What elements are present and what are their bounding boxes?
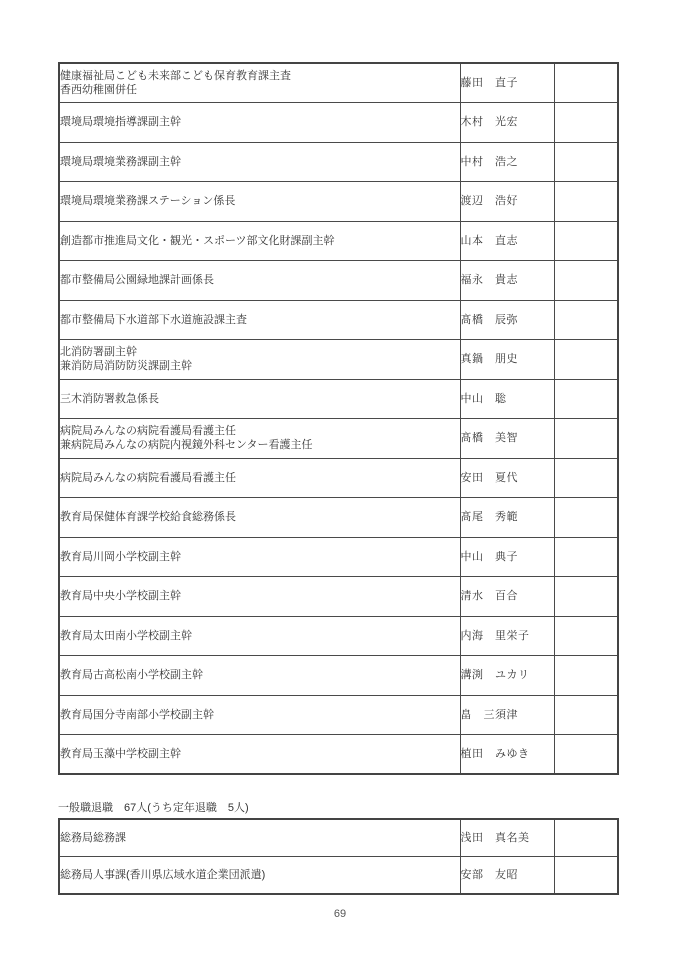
table-row: 総務局人事課(香川県広域水道企業団派遣) 安部 友昭 (59, 857, 618, 895)
position-cell: 環境局環境指導課副主幹 (59, 103, 460, 143)
remarks-cell (554, 340, 618, 380)
name-cell: 溝渕 ユカリ (460, 656, 554, 696)
remarks-cell (554, 577, 618, 617)
general-retirement-section-heading: 一般職退職 67人(うち定年退職 5人) (58, 801, 249, 815)
remarks-cell (554, 616, 618, 656)
table-row: 北消防署副主幹 兼消防局消防防災課副主幹 真鍋 朋史 (59, 340, 618, 380)
remarks-cell (554, 221, 618, 261)
position-cell: 教育局古高松南小学校副主幹 (59, 656, 460, 696)
name-cell: 真鍋 朋史 (460, 340, 554, 380)
remarks-cell (554, 498, 618, 538)
name-cell: 髙橋 美智 (460, 419, 554, 459)
name-cell: 藤田 直子 (460, 63, 554, 103)
position-cell: 北消防署副主幹 兼消防局消防防災課副主幹 (59, 340, 460, 380)
position-cell: 環境局環境業務課副主幹 (59, 142, 460, 182)
position-cell: 教育局太田南小学校副主幹 (59, 616, 460, 656)
table-row: 教育局保健体育課学校給食総務係長 髙尾 秀範 (59, 498, 618, 538)
name-cell: 内海 里栄子 (460, 616, 554, 656)
remarks-cell (554, 182, 618, 222)
table-row: 病院局みんなの病院看護局看護主任 兼病院局みんなの病院内視鏡外科センター看護主任… (59, 419, 618, 459)
remarks-cell (554, 300, 618, 340)
name-cell: 中山 典子 (460, 537, 554, 577)
table-row: 環境局環境業務課副主幹 中村 浩之 (59, 142, 618, 182)
name-cell: 中山 聡 (460, 379, 554, 419)
table-row: 教育局国分寺南部小学校副主幹 畠 三須津 (59, 695, 618, 735)
table-row: 教育局中央小学校副主幹 清水 百合 (59, 577, 618, 617)
table-row: 創造都市推進局文化・観光・スポーツ部文化財課副主幹 山本 直志 (59, 221, 618, 261)
name-cell: 木村 光宏 (460, 103, 554, 143)
remarks-cell (554, 695, 618, 735)
table-row: 都市整備局下水道部下水道施設課主査 髙橋 辰弥 (59, 300, 618, 340)
general-retirement-table-body: 総務局総務課 浅田 真名美 総務局人事課(香川県広域水道企業団派遣) 安部 友昭 (59, 819, 618, 894)
position-cell: 教育局中央小学校副主幹 (59, 577, 460, 617)
name-cell: 浅田 真名美 (460, 819, 554, 857)
position-cell: 創造都市推進局文化・観光・スポーツ部文化財課副主幹 (59, 221, 460, 261)
position-cell: 総務局総務課 (59, 819, 460, 857)
table-row: 教育局古高松南小学校副主幹 溝渕 ユカリ (59, 656, 618, 696)
table-row: 総務局総務課 浅田 真名美 (59, 819, 618, 857)
name-cell: 植田 みゆき (460, 735, 554, 775)
name-cell: 安田 夏代 (460, 458, 554, 498)
name-cell: 髙橋 辰弥 (460, 300, 554, 340)
page-number: 69 (0, 908, 680, 920)
table-row: 三木消防署救急係長 中山 聡 (59, 379, 618, 419)
document-page: 健康福祉局こども未来部こども保育教育課主査 香西幼稚園併任 藤田 直子 環境局環… (0, 0, 680, 961)
position-cell: 病院局みんなの病院看護局看護主任 兼病院局みんなの病院内視鏡外科センター看護主任 (59, 419, 460, 459)
position-cell: 教育局川岡小学校副主幹 (59, 537, 460, 577)
special-duty-retirement-table: 健康福祉局こども未来部こども保育教育課主査 香西幼稚園併任 藤田 直子 環境局環… (58, 62, 619, 775)
remarks-cell (554, 656, 618, 696)
remarks-cell (554, 142, 618, 182)
special-duty-retirement-table-body: 健康福祉局こども未来部こども保育教育課主査 香西幼稚園併任 藤田 直子 環境局環… (59, 63, 618, 774)
remarks-cell (554, 103, 618, 143)
remarks-cell (554, 261, 618, 301)
position-cell: 健康福祉局こども未来部こども保育教育課主査 香西幼稚園併任 (59, 63, 460, 103)
remarks-cell (554, 735, 618, 775)
table-row: 健康福祉局こども未来部こども保育教育課主査 香西幼稚園併任 藤田 直子 (59, 63, 618, 103)
table-row: 病院局みんなの病院看護局看護主任 安田 夏代 (59, 458, 618, 498)
position-cell: 教育局保健体育課学校給食総務係長 (59, 498, 460, 538)
remarks-cell (554, 857, 618, 895)
remarks-cell (554, 379, 618, 419)
remarks-cell (554, 419, 618, 459)
position-cell: 都市整備局下水道部下水道施設課主査 (59, 300, 460, 340)
table-row: 環境局環境指導課副主幹 木村 光宏 (59, 103, 618, 143)
table-row: 環境局環境業務課ステーション係長 渡辺 浩好 (59, 182, 618, 222)
remarks-cell (554, 458, 618, 498)
name-cell: 中村 浩之 (460, 142, 554, 182)
position-cell: 教育局国分寺南部小学校副主幹 (59, 695, 460, 735)
table-row: 教育局川岡小学校副主幹 中山 典子 (59, 537, 618, 577)
position-cell: 総務局人事課(香川県広域水道企業団派遣) (59, 857, 460, 895)
table-row: 教育局太田南小学校副主幹 内海 里栄子 (59, 616, 618, 656)
position-cell: 都市整備局公園緑地課計画係長 (59, 261, 460, 301)
position-cell: 環境局環境業務課ステーション係長 (59, 182, 460, 222)
name-cell: 畠 三須津 (460, 695, 554, 735)
name-cell: 清水 百合 (460, 577, 554, 617)
name-cell: 山本 直志 (460, 221, 554, 261)
remarks-cell (554, 819, 618, 857)
name-cell: 安部 友昭 (460, 857, 554, 895)
name-cell: 福永 貴志 (460, 261, 554, 301)
table-row: 都市整備局公園緑地課計画係長 福永 貴志 (59, 261, 618, 301)
remarks-cell (554, 537, 618, 577)
general-retirement-table: 総務局総務課 浅田 真名美 総務局人事課(香川県広域水道企業団派遣) 安部 友昭 (58, 818, 619, 895)
table-row: 教育局玉藻中学校副主幹 植田 みゆき (59, 735, 618, 775)
position-cell: 教育局玉藻中学校副主幹 (59, 735, 460, 775)
position-cell: 三木消防署救急係長 (59, 379, 460, 419)
name-cell: 髙尾 秀範 (460, 498, 554, 538)
name-cell: 渡辺 浩好 (460, 182, 554, 222)
position-cell: 病院局みんなの病院看護局看護主任 (59, 458, 460, 498)
remarks-cell (554, 63, 618, 103)
